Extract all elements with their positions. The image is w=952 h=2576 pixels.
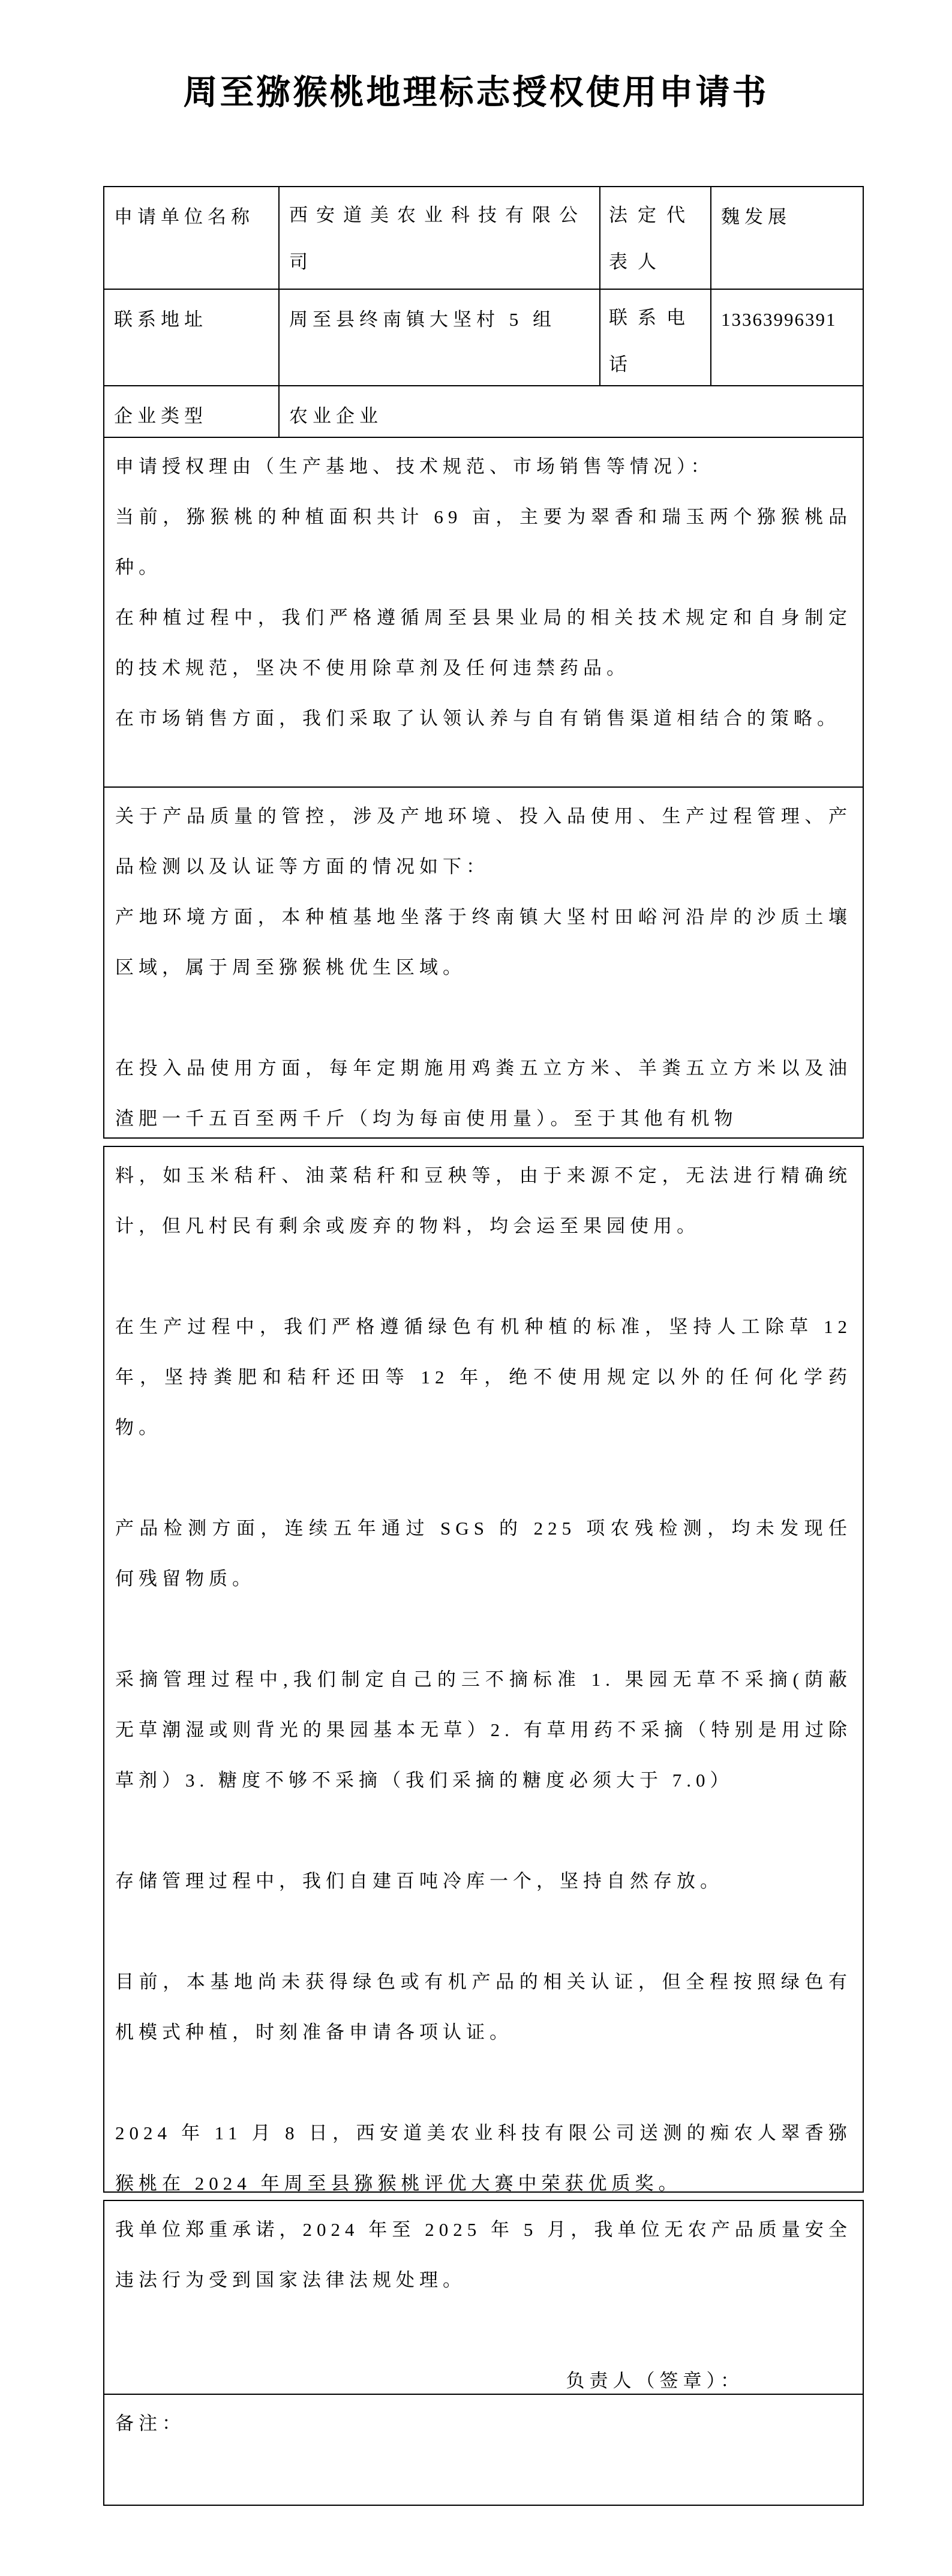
quality-cont-paragraph: 存储管理过程中，我们自建百吨冷库一个，坚持自然存放。 — [115, 1856, 852, 1907]
reason-paragraph: 在种植过程中，我们严格遵循周至县果业局的相关技术规定和自身制定的技术规范，坚决不… — [115, 593, 852, 693]
notes-label: 备注： — [115, 2398, 852, 2449]
quality-paragraph: 在投入品使用方面，每年定期施用鸡粪五立方米、羊粪五立方米以及油渣肥一千五百至两千… — [115, 1043, 852, 1144]
info-table: 申请单位名称 西安道美农业科技有限公司 法定代表人 魏发展 联系地址 周至县终南… — [103, 186, 864, 1139]
commitment-text: 我单位郑重承诺，2024 年至 2025 年 5 月，我单位无农产品质量安全违法… — [115, 2205, 852, 2305]
quality-continuation-cell: 料，如玉米秸秆、油菜秸秆和豆秧等，由于来源不定，无法进行精确统计，但凡村民有剩余… — [104, 1147, 863, 2191]
notes-cell: 备注： — [104, 2395, 863, 2449]
legal-representative-label: 法定代表人 — [599, 187, 710, 289]
applicant-name-label: 申请单位名称 — [104, 187, 278, 289]
contact-phone-value: 13363996391 — [710, 290, 863, 385]
quality-paragraph: 关于产品质量的管控，涉及产地环境、投入品使用、生产过程管理、产品检测以及认证等方… — [115, 791, 852, 892]
contact-phone-label: 联系电话 — [599, 290, 710, 385]
row-notes: 备注： — [104, 2394, 863, 2449]
quality-cont-paragraph: 产品检测方面，连续五年通过 SGS 的 225 项农残检测，均未发现任何残留物质… — [115, 1503, 852, 1604]
enterprise-type-value: 农业企业 — [278, 386, 863, 437]
quality-cont-paragraph: 2024 年 11 月 8 日，西安道美农业科技有限公司送测的痴农人翠香猕猴桃在… — [115, 2108, 852, 2191]
legal-representative-value: 魏发展 — [710, 187, 863, 289]
row-commitment: 我单位郑重承诺，2024 年至 2025 年 5 月，我单位无农产品质量安全违法… — [104, 2201, 863, 2394]
quality-control-cell: 关于产品质量的管控，涉及产地环境、投入品使用、生产过程管理、产品检测以及认证等方… — [104, 788, 863, 1144]
quality-continuation-table: 料，如玉米秸秆、油菜秸秆和豆秧等，由于来源不定，无法进行精确统计，但凡村民有剩余… — [103, 1146, 864, 2193]
quality-cont-paragraph: 料，如玉米秸秆、油菜秸秆和豆秧等，由于来源不定，无法进行精确统计，但凡村民有剩余… — [115, 1151, 852, 1251]
quality-paragraph: 产地环境方面，本种植基地坐落于终南镇大坚村田峪河沿岸的沙质土壤区域，属于周至猕猴… — [115, 892, 852, 993]
application-document-page: 周至猕猴桃地理标志授权使用申请书 申请单位名称 西安道美农业科技有限公司 法定代… — [0, 0, 952, 2576]
contact-address-value: 周至县终南镇大坚村 5 组 — [278, 290, 599, 385]
contact-address-label: 联系地址 — [104, 290, 278, 385]
reason-paragraph: 在市场销售方面，我们采取了认领认养与自有销售渠道相结合的策略。 — [115, 693, 852, 744]
reason-heading: 申请授权理由（生产基地、技术规范、市场销售等情况）： — [115, 442, 852, 492]
commitment-cell: 我单位郑重承诺，2024 年至 2025 年 5 月，我单位无农产品质量安全违法… — [104, 2201, 863, 2394]
quality-cont-paragraph: 在生产过程中，我们严格遵循绿色有机种植的标准，坚持人工除草 12 年，坚持粪肥和… — [115, 1302, 852, 1453]
applicant-name-value: 西安道美农业科技有限公司 — [278, 187, 599, 289]
commitment-table: 我单位郑重承诺，2024 年至 2025 年 5 月，我单位无农产品质量安全违法… — [103, 2200, 864, 2506]
row-contact: 联系地址 周至县终南镇大坚村 5 组 联系电话 13363996391 — [104, 289, 863, 385]
signature-label: 负责人（签章）： — [115, 2356, 852, 2394]
row-authorization-reason: 申请授权理由（生产基地、技术规范、市场销售等情况）： 当前，猕猴桃的种植面积共计… — [104, 437, 863, 786]
quality-cont-paragraph: 采摘管理过程中,我们制定自己的三不摘标准 1. 果园无草不采摘(荫蔽无草潮湿或则… — [115, 1655, 852, 1806]
enterprise-type-label: 企业类型 — [104, 386, 278, 437]
document-title: 周至猕猴桃地理标志授权使用申请书 — [0, 65, 952, 114]
quality-cont-paragraph: 目前，本基地尚未获得绿色或有机产品的相关认证，但全程按照绿色有机模式种植，时刻准… — [115, 1957, 852, 2058]
reason-paragraph: 当前，猕猴桃的种植面积共计 69 亩，主要为翠香和瑞玉两个猕猴桃品种。 — [115, 492, 852, 593]
row-enterprise-type: 企业类型 农业企业 — [104, 385, 863, 437]
row-quality-control: 关于产品质量的管控，涉及产地环境、投入品使用、生产过程管理、产品检测以及认证等方… — [104, 786, 863, 1144]
row-quality-continuation: 料，如玉米秸秆、油菜秸秆和豆秧等，由于来源不定，无法进行精确统计，但凡村民有剩余… — [104, 1147, 863, 2191]
row-applicant: 申请单位名称 西安道美农业科技有限公司 法定代表人 魏发展 — [104, 187, 863, 289]
authorization-reason-cell: 申请授权理由（生产基地、技术规范、市场销售等情况）： 当前，猕猴桃的种植面积共计… — [104, 438, 863, 786]
